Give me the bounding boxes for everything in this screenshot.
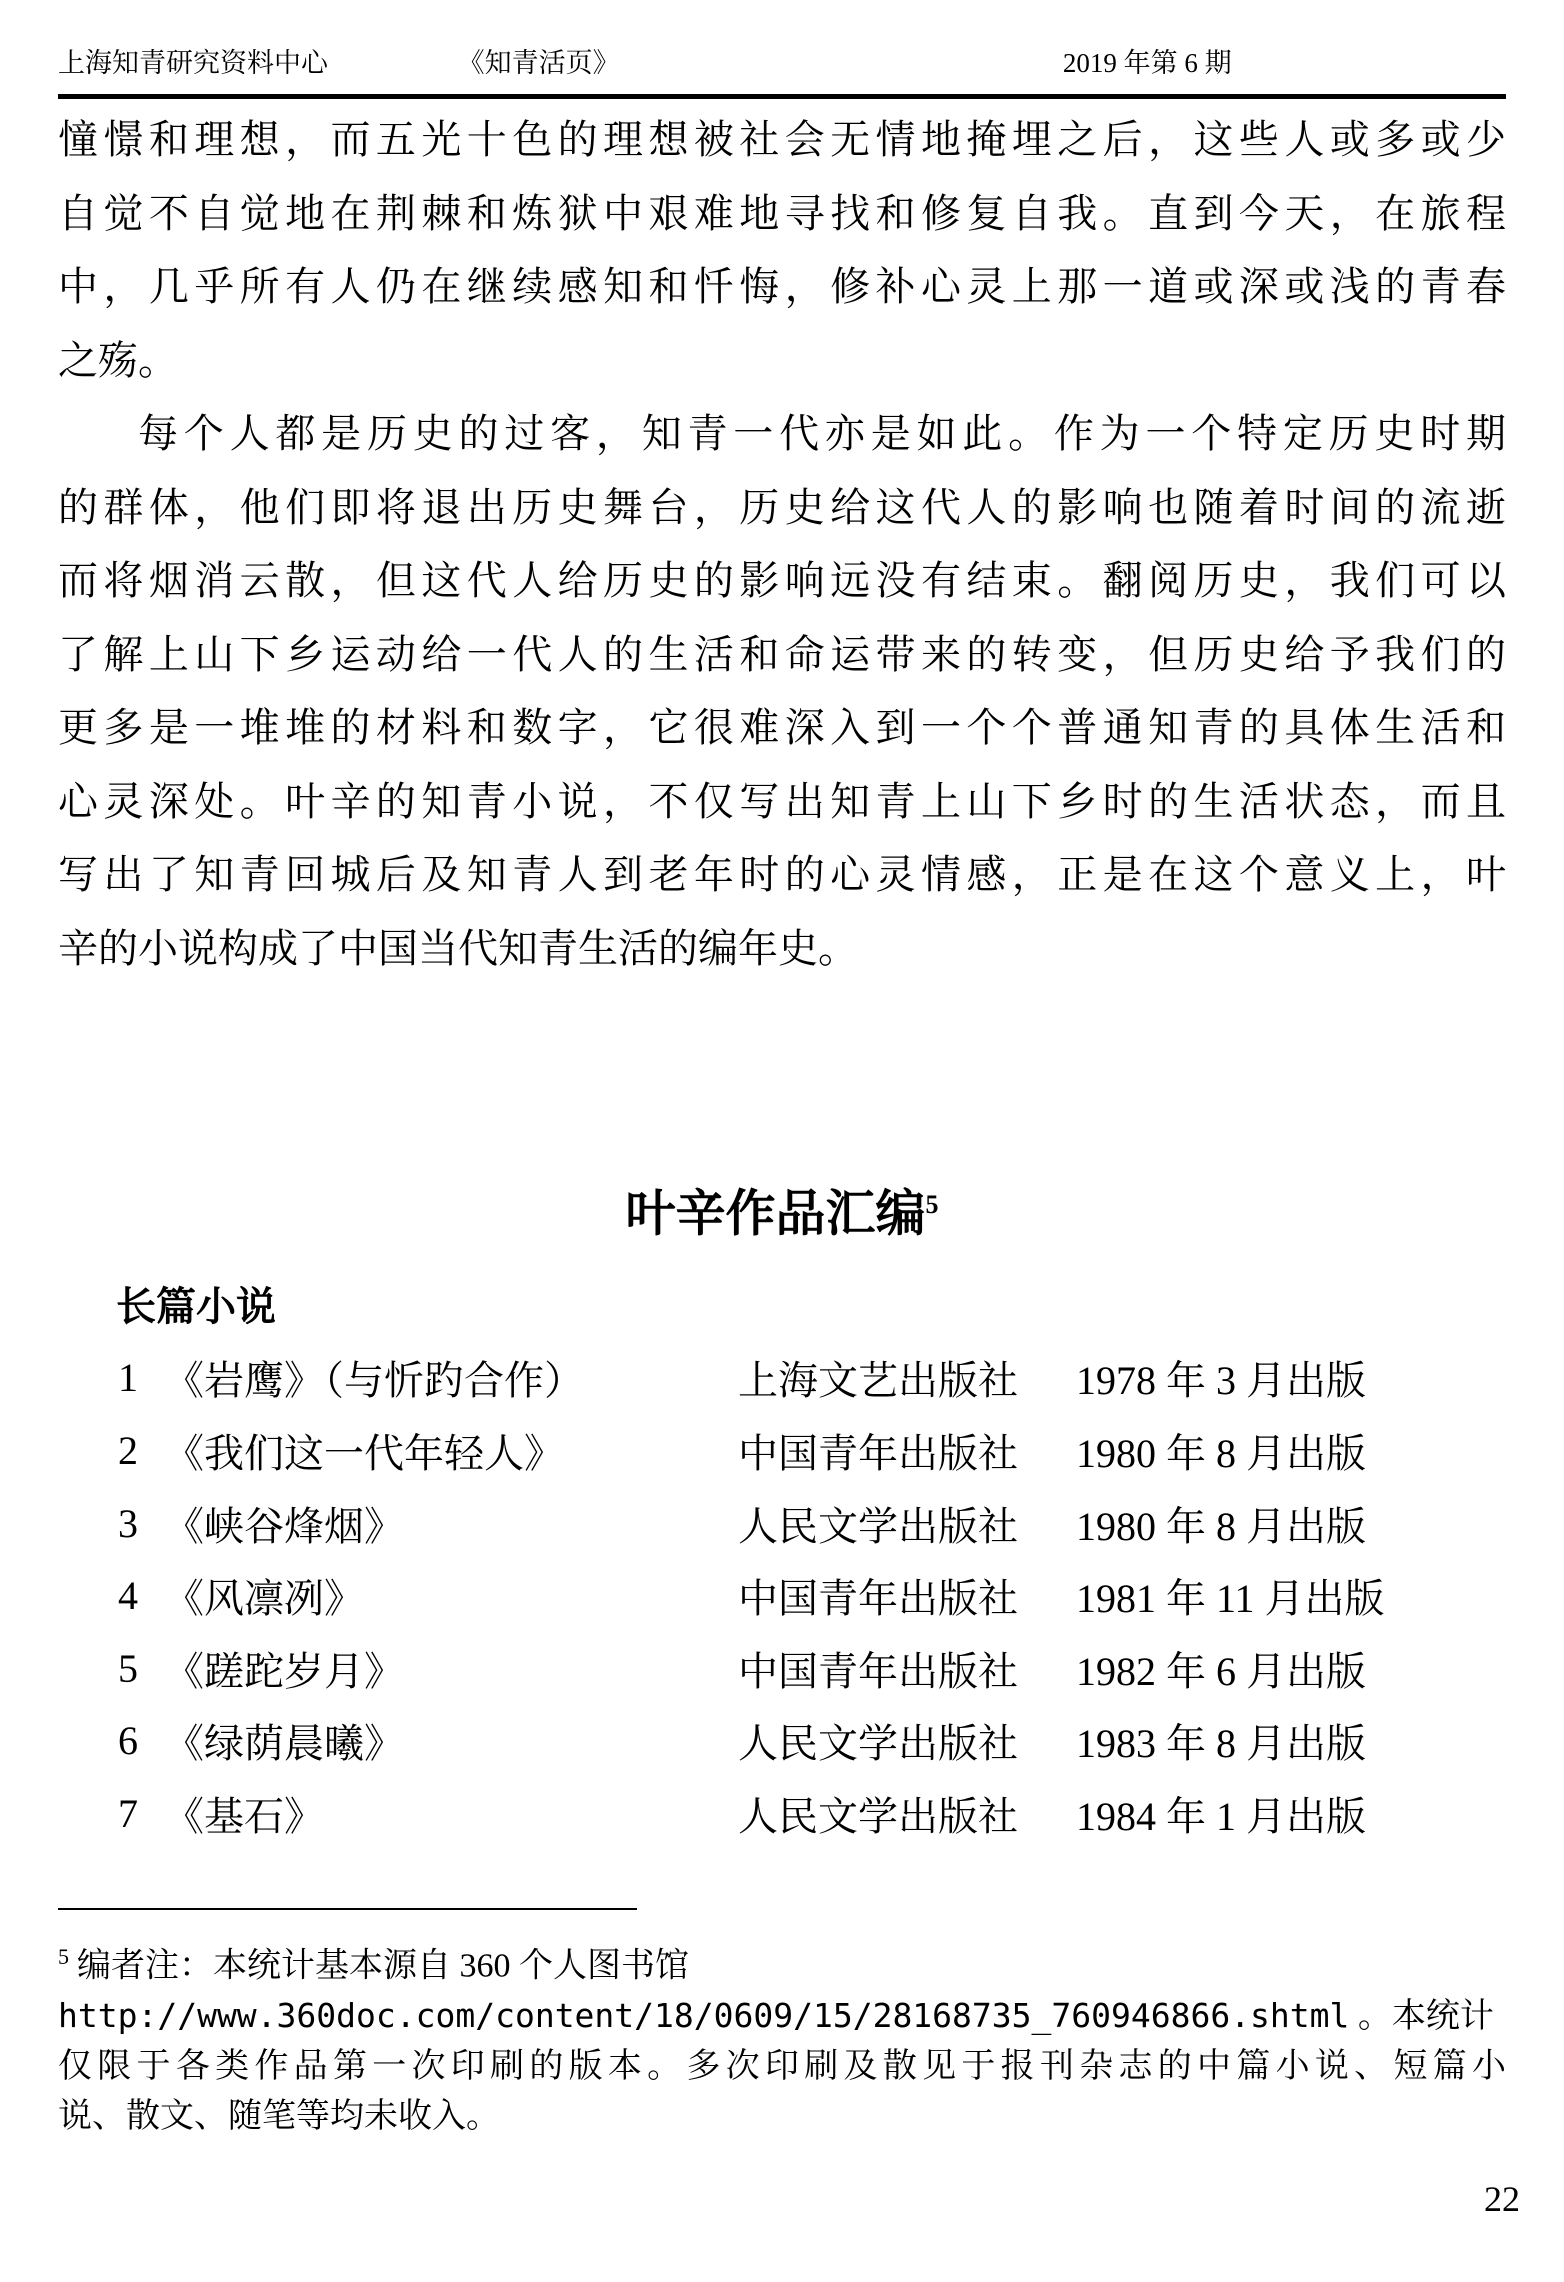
work-date: 1984 年 1 月出版 <box>1076 1785 1506 1842</box>
work-no: 6 <box>118 1717 164 1764</box>
header-rule <box>58 94 1506 99</box>
work-publisher: 上海文艺出版社 <box>738 1349 1076 1406</box>
body-line: 的群体，他们即将退出历史舞台，历史给这代人的影响也随着时间的流逝 <box>58 471 1506 545</box>
work-title: 《绿荫晨曦》 <box>164 1712 738 1769</box>
body-line: 写出了知青回城后及知青人到老年时的心灵情感，正是在这个意义上，叶 <box>58 838 1506 912</box>
work-title: 《风凛冽》 <box>164 1567 738 1624</box>
work-publisher: 中国青年出版社 <box>738 1567 1076 1624</box>
footnote-line: http://www.360doc.com/content/18/0609/15… <box>58 1991 1506 2042</box>
compilation-title: 叶辛作品汇编5 <box>58 1175 1506 1244</box>
body-line: 自觉不自觉地在荆棘和炼狱中艰难地寻找和修复自我。直到今天，在旅程 <box>58 177 1506 251</box>
body-line: 中，几乎所有人仍在继续感知和忏悔，修补心灵上那一道或深或浅的青春 <box>58 250 1506 324</box>
title-footnote-ref: 5 <box>926 1190 939 1219</box>
work-row: 3 《峡谷烽烟》 人民文学出版社 1980 年 8 月出版 <box>58 1487 1506 1560</box>
paragraph-2: 每个人都是历史的过客，知青一代亦是如此。作为一个特定历史时期 的群体，他们即将退… <box>58 397 1506 985</box>
footnote-line-2-tail: 。本统计 <box>1349 1998 1494 2035</box>
footnote-line-1-text: 编者注：本统计基本源自 360 个人图书馆 <box>77 1947 689 1984</box>
footnote-line: 仅限于各类作品第一次印刷的版本。多次印刷及散见于报刊杂志的中篇小说、短篇小 <box>58 2042 1506 2092</box>
body-line: 憧憬和理想，而五光十色的理想被社会无情地掩埋之后，这些人或多或少 <box>58 103 1506 177</box>
work-title: 《我们这一代年轻人》 <box>164 1422 738 1479</box>
footnote-url: http://www.360doc.com/content/18/0609/15… <box>58 1996 1349 2035</box>
work-publisher: 人民文学出版社 <box>738 1495 1076 1552</box>
work-no: 1 <box>118 1354 164 1401</box>
header-right-text: 2019 年第 6 期 <box>1063 46 1232 80</box>
compilation-title-text: 叶辛作品汇编 <box>626 1186 926 1242</box>
body-line: 之殇。 <box>58 324 1506 398</box>
work-date: 1980 年 8 月出版 <box>1076 1495 1506 1552</box>
work-publisher: 中国青年出版社 <box>738 1422 1076 1479</box>
work-row: 5 《蹉跎岁月》 中国青年出版社 1982 年 6 月出版 <box>58 1632 1506 1705</box>
body-text: 憧憬和理想，而五光十色的理想被社会无情地掩埋之后，这些人或多或少 自觉不自觉地在… <box>58 103 1506 985</box>
work-row: 7 《基石》 人民文学出版社 1984 年 1 月出版 <box>58 1777 1506 1850</box>
work-date: 1981 年 11 月出版 <box>1076 1567 1506 1624</box>
work-publisher: 人民文学出版社 <box>738 1785 1076 1842</box>
footnote-ref: 5 <box>58 1944 69 1969</box>
section-heading-novels: 长篇小说 <box>58 1282 1506 1332</box>
work-title: 《基石》 <box>164 1785 738 1842</box>
body-line: 更多是一堆堆的材料和数字，它很难深入到一个个普通知青的具体生活和 <box>58 691 1506 765</box>
work-title: 《岩鹰》（与忻趵合作） <box>164 1349 738 1406</box>
body-line: 每个人都是历史的过客，知青一代亦是如此。作为一个特定历史时期 <box>58 397 1506 471</box>
document-page: 上海知青研究资料中心 《知青活页》 2019 年第 6 期 憧憬和理想，而五光十… <box>0 0 1564 2282</box>
work-date: 1978 年 3 月出版 <box>1076 1349 1506 1406</box>
work-row: 6 《绿荫晨曦》 人民文学出版社 1983 年 8 月出版 <box>58 1705 1506 1778</box>
work-publisher: 中国青年出版社 <box>738 1640 1076 1697</box>
body-line: 心灵深处。叶辛的知青小说，不仅写出知青上山下乡时的生活状态，而且 <box>58 765 1506 839</box>
page-number: 22 <box>1484 2178 1520 2220</box>
header-left-text: 上海知青研究资料中心 <box>58 46 328 80</box>
footnote-line: 说、散文、随笔等均未收入。 <box>58 2092 1506 2142</box>
work-date: 1980 年 8 月出版 <box>1076 1422 1506 1479</box>
work-no: 2 <box>118 1427 164 1474</box>
body-line: 了解上山下乡运动给一代人的生活和命运带来的转变，但历史给予我们的 <box>58 618 1506 692</box>
work-row: 2 《我们这一代年轻人》 中国青年出版社 1980 年 8 月出版 <box>58 1414 1506 1487</box>
work-date: 1982 年 6 月出版 <box>1076 1640 1506 1697</box>
footnote: 5编者注：本统计基本源自 360 个人图书馆 http://www.360doc… <box>58 1932 1506 2142</box>
work-title: 《峡谷烽烟》 <box>164 1495 738 1552</box>
footnote-line: 5编者注：本统计基本源自 360 个人图书馆 <box>58 1932 1506 1991</box>
page-header: 上海知青研究资料中心 《知青活页》 2019 年第 6 期 <box>58 0 1506 80</box>
body-line: 辛的小说构成了中国当代知青生活的编年史。 <box>58 912 1506 986</box>
work-no: 7 <box>118 1790 164 1837</box>
paragraph-1: 憧憬和理想，而五光十色的理想被社会无情地掩埋之后，这些人或多或少 自觉不自觉地在… <box>58 103 1506 397</box>
work-no: 4 <box>118 1572 164 1619</box>
work-title: 《蹉跎岁月》 <box>164 1640 738 1697</box>
body-line: 而将烟消云散，但这代人给历史的影响远没有结束。翻阅历史，我们可以 <box>58 544 1506 618</box>
footnote-separator <box>58 1908 637 1910</box>
work-row: 4 《风凛冽》 中国青年出版社 1981 年 11 月出版 <box>58 1559 1506 1632</box>
work-no: 3 <box>118 1500 164 1547</box>
header-center-text: 《知青活页》 <box>458 46 620 80</box>
work-date: 1983 年 8 月出版 <box>1076 1712 1506 1769</box>
work-publisher: 人民文学出版社 <box>738 1712 1076 1769</box>
work-row: 1 《岩鹰》（与忻趵合作） 上海文艺出版社 1978 年 3 月出版 <box>58 1342 1506 1415</box>
work-no: 5 <box>118 1645 164 1692</box>
works-list: 1 《岩鹰》（与忻趵合作） 上海文艺出版社 1978 年 3 月出版 2 《我们… <box>58 1342 1506 1850</box>
